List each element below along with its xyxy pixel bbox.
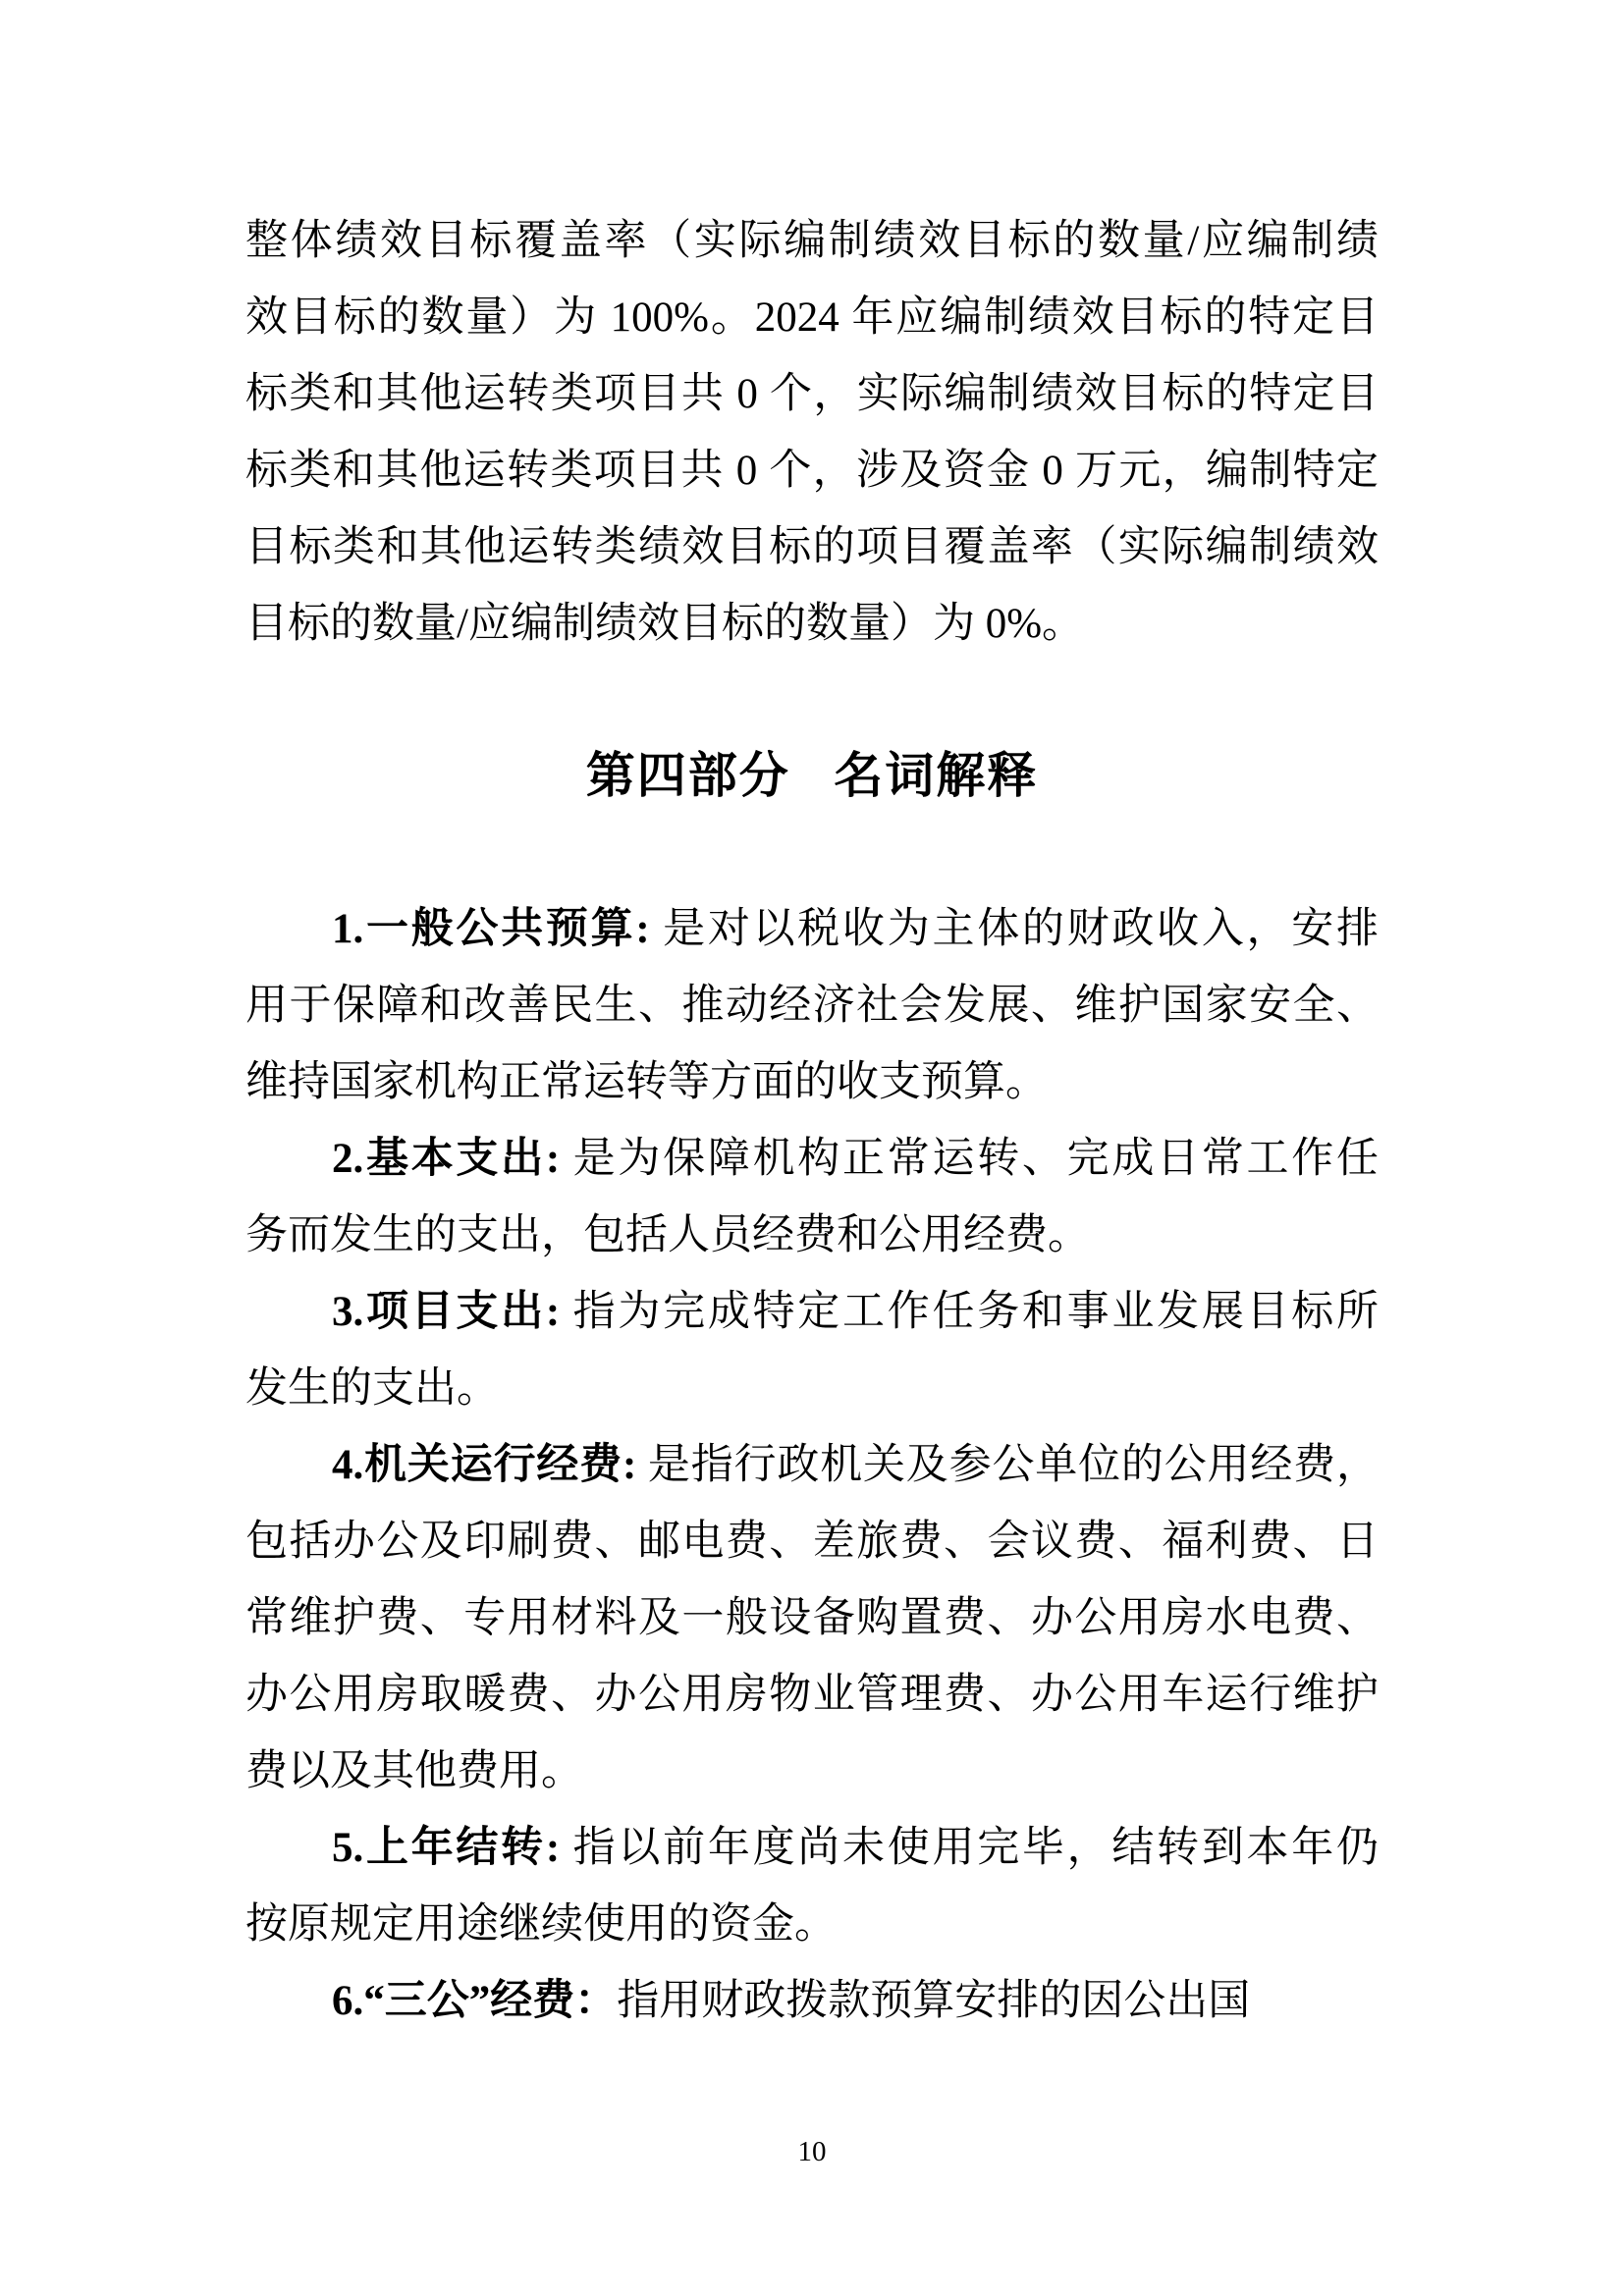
text-line: 务而发生的支出，包括人员经费和公用经费。 (245, 1198, 1379, 1274)
text-line: 2.基本支出: 是为保障机构正常运转、完成日常工作任 (245, 1121, 1379, 1198)
text-line: 包括办公及印刷费、邮电费、差旅费、会议费、福利费、日 (245, 1504, 1379, 1580)
definition-term: 1.一般公共预算: (332, 906, 650, 952)
section-heading: 第四部分 名词解释 (245, 737, 1379, 814)
text-line: 费以及其他费用。 (245, 1734, 1379, 1810)
definition-term: 2.基本支出: (332, 1136, 560, 1182)
text-line: 5.上年结转: 指以前年度尚未使用完毕，结转到本年仍 (245, 1810, 1379, 1887)
definitions-list: 1.一般公共预算: 是对以税收为主体的财政收入，安排用于保障和改善民生、推动经济… (245, 891, 1379, 2040)
page-number: 10 (0, 2132, 1624, 2171)
definition-term: 3.项目支出: (332, 1289, 560, 1335)
definition-term: 4.机关运行经费: (332, 1442, 636, 1488)
text-line: 标类和其他运转类项目共 0 个，实际编制绩效目标的特定目 (245, 356, 1379, 433)
text-line: 维持国家机构正常运转等方面的收支预算。 (245, 1044, 1379, 1121)
text-line: 发生的支出。 (245, 1351, 1379, 1427)
text-line: 按原规定用途继续使用的资金。 (245, 1887, 1379, 1963)
text-line: 常维护费、专用材料及一般设备购置费、办公用房水电费、 (245, 1580, 1379, 1657)
document-page: 整体绩效目标覆盖率（实际编制绩效目标的数量/应编制绩效目标的数量）为 100%。… (0, 0, 1624, 2296)
definition-term: 5.上年结转: (332, 1825, 560, 1871)
text-line: 整体绩效目标覆盖率（实际编制绩效目标的数量/应编制绩 (245, 203, 1379, 280)
document-body: 整体绩效目标覆盖率（实际编制绩效目标的数量/应编制绩效目标的数量）为 100%。… (245, 203, 1379, 2040)
text-line: 办公用房取暖费、办公用房物业管理费、办公用车运行维护 (245, 1657, 1379, 1734)
text-line: 用于保障和改善民生、推动经济社会发展、维护国家安全、 (245, 968, 1379, 1044)
intro-paragraph: 整体绩效目标覆盖率（实际编制绩效目标的数量/应编制绩效目标的数量）为 100%。… (245, 203, 1379, 663)
text-line: 6.“三公”经费：指用财政拨款预算安排的因公出国 (245, 1963, 1379, 2040)
text-line: 4.机关运行经费: 是指行政机关及参公单位的公用经费， (245, 1427, 1379, 1504)
definition-term: 6.“三公”经费： (332, 1978, 617, 2024)
text-line: 1.一般公共预算: 是对以税收为主体的财政收入，安排 (245, 891, 1379, 968)
text-line: 目标的数量/应编制绩效目标的数量）为 0%。 (245, 586, 1379, 663)
text-line: 效目标的数量）为 100%。2024 年应编制绩效目标的特定目 (245, 280, 1379, 356)
text-line: 3.项目支出: 指为完成特定工作任务和事业发展目标所 (245, 1274, 1379, 1351)
text-line: 标类和其他运转类项目共 0 个，涉及资金 0 万元，编制特定 (245, 433, 1379, 509)
text-line: 目标类和其他运转类绩效目标的项目覆盖率（实际编制绩效 (245, 509, 1379, 586)
